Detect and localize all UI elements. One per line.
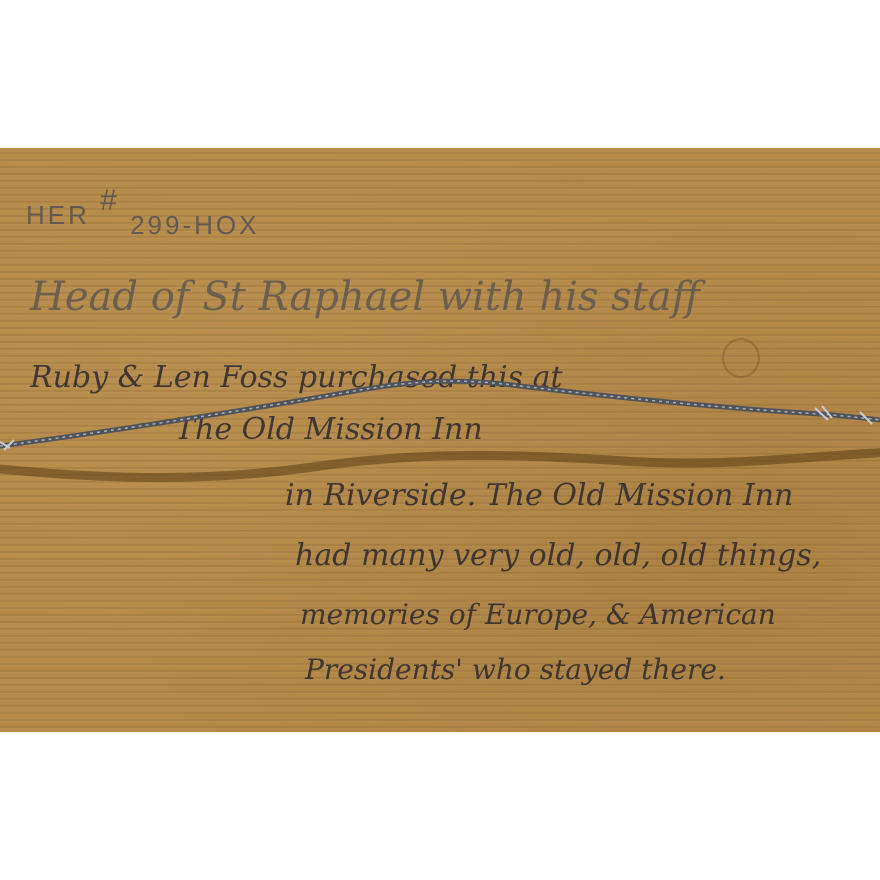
catalog-code: 299-HOX <box>130 210 259 240</box>
catalog-number: HER # 299-HOX <box>26 198 259 232</box>
cardboard-backing: HER # 299-HOX Head of St Raphael with hi… <box>0 148 880 732</box>
hanging-wire <box>0 368 880 468</box>
catalog-hash: # <box>100 184 120 217</box>
catalog-prefix: HER <box>26 200 90 230</box>
note-line-4: had many very old, old, old things, <box>295 538 821 573</box>
note-line-3: in Riverside. The Old Mission Inn <box>285 478 793 513</box>
note-line-5: memories of Europe, & American <box>300 598 776 631</box>
artwork-title-inscription: Head of St Raphael with his staff <box>30 274 700 320</box>
note-line-6: Presidents' who stayed there. <box>305 653 726 686</box>
